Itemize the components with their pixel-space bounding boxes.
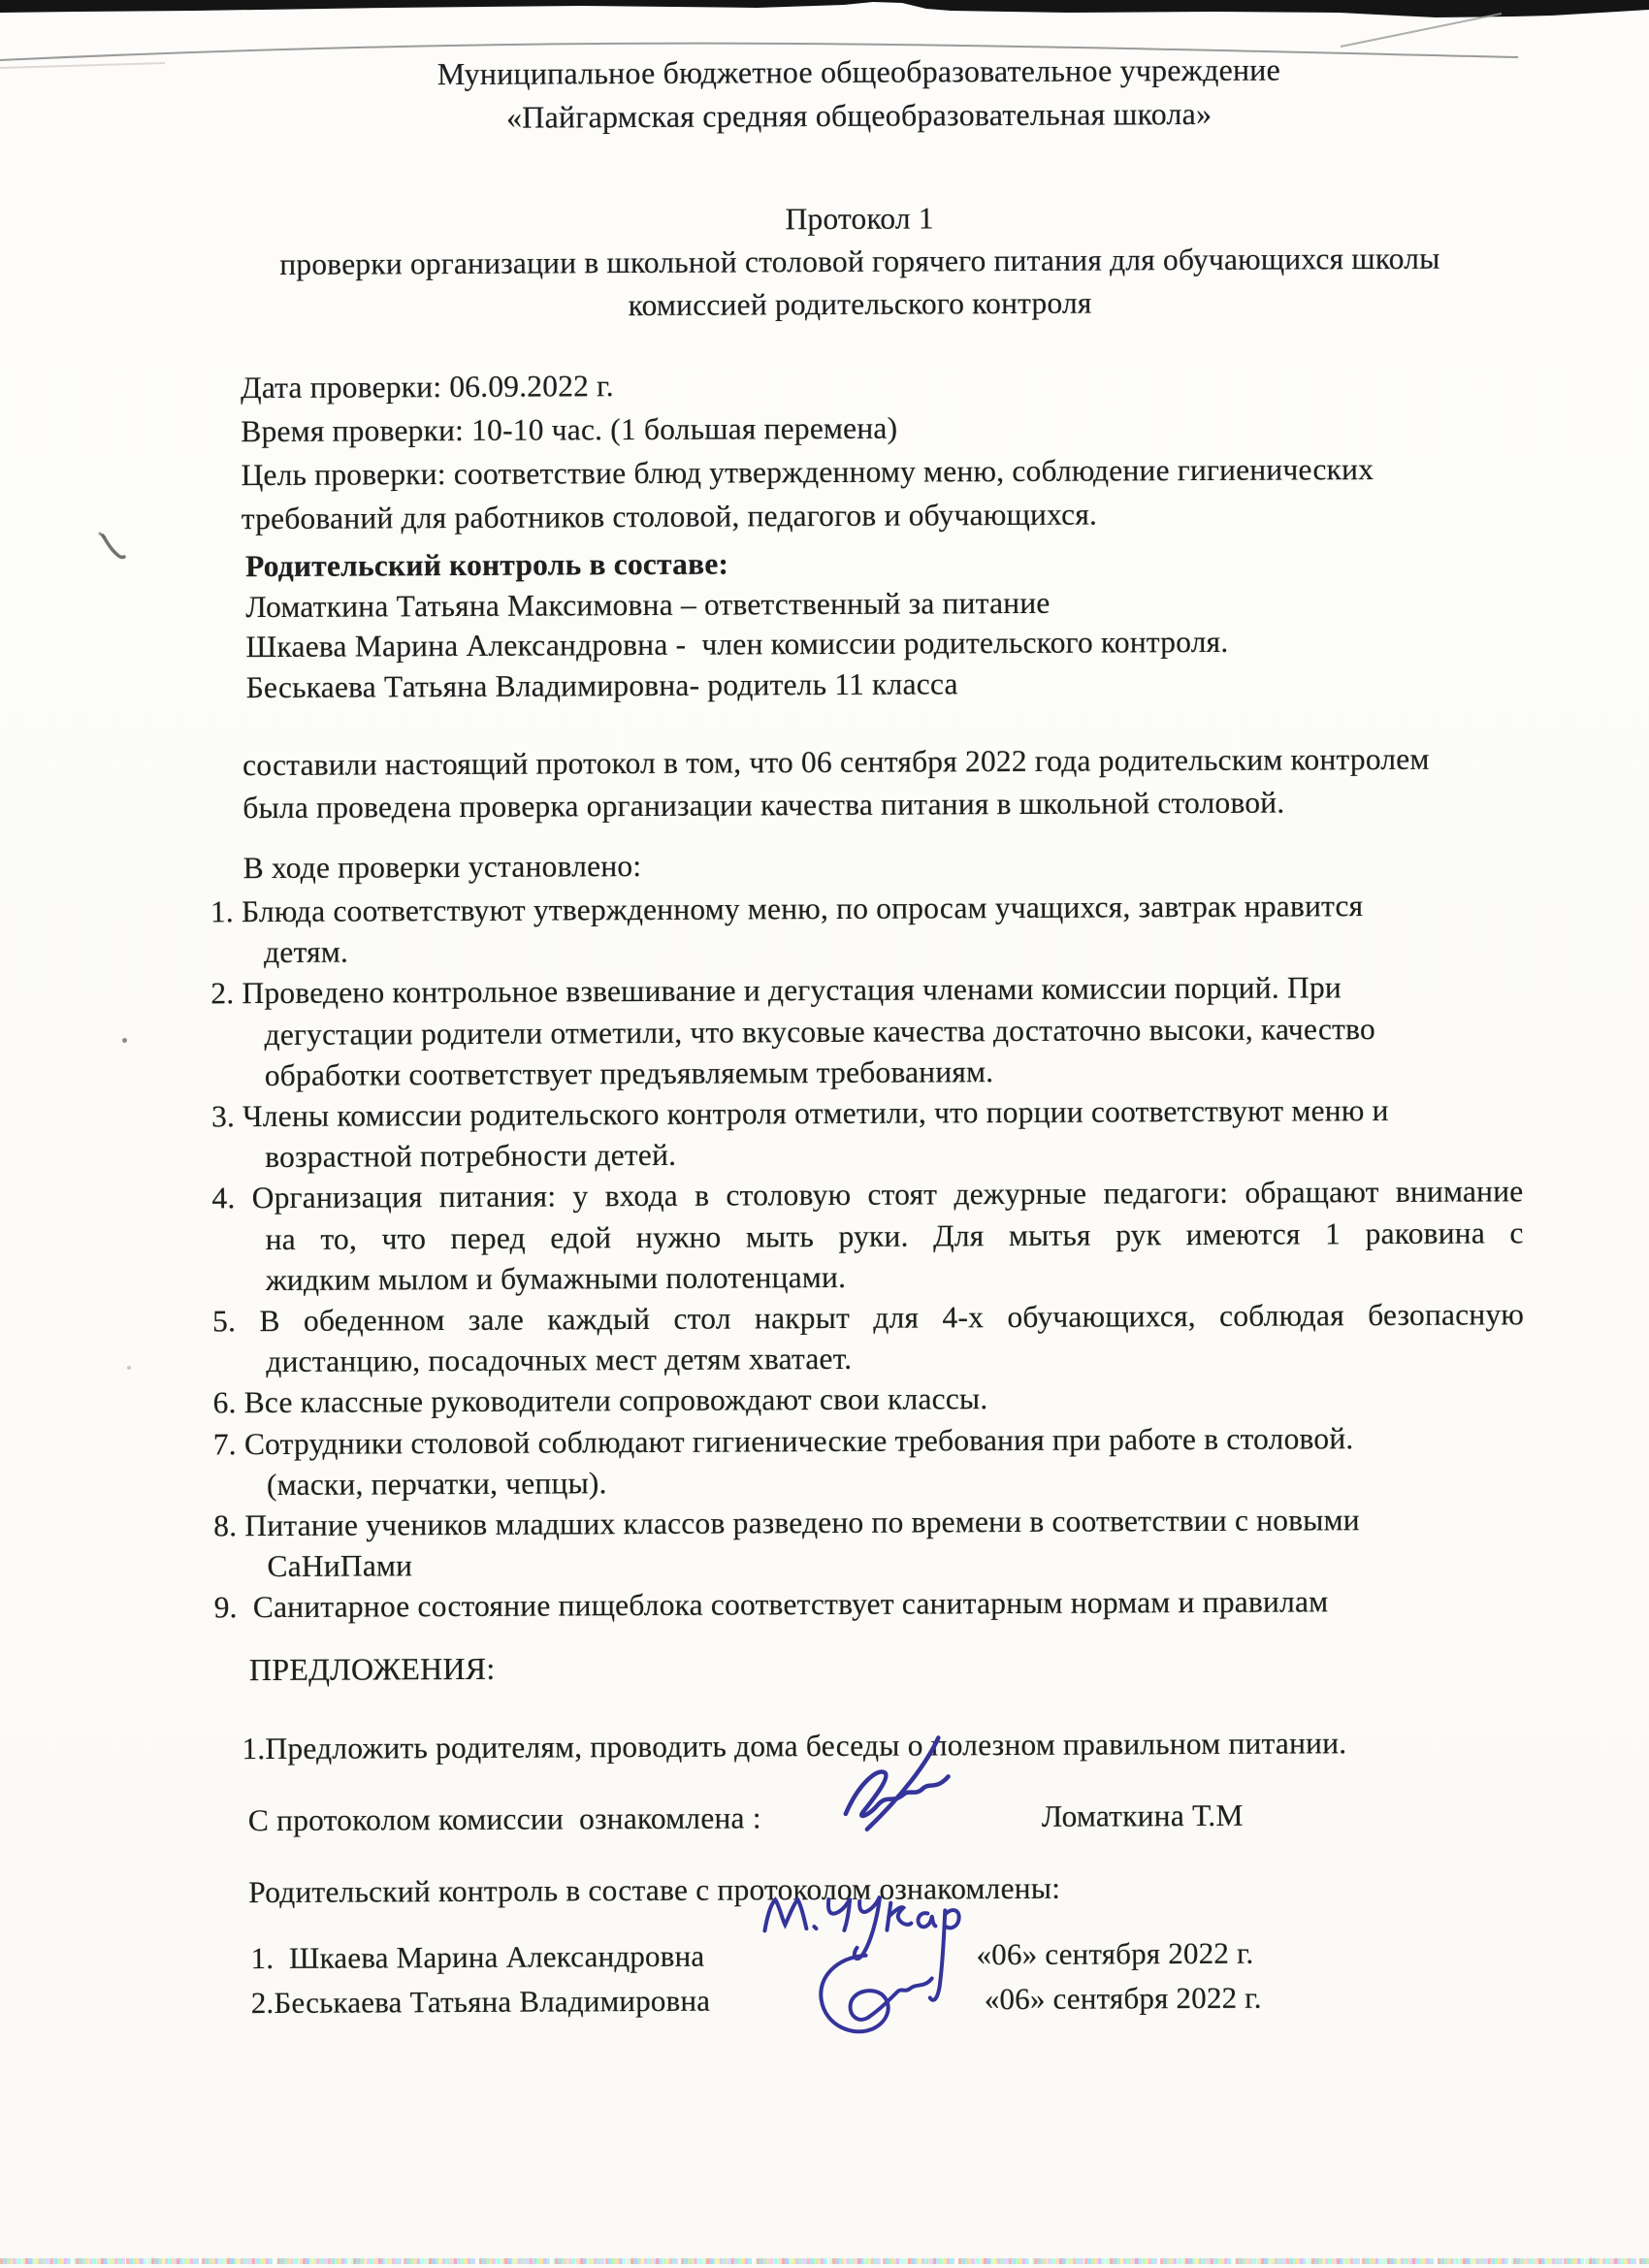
findings-list: 1. Блюда соответствуют утвержденному мен…	[210, 885, 1526, 1629]
signer-name: 1. Шкаева Марина Александровна	[250, 1939, 704, 1975]
protocol-subject-line: проверки организации в школьной столовой…	[205, 237, 1514, 286]
scanner-edge-black-bar	[0, 0, 1649, 17]
scanner-edge-artifacts	[0, 0, 1649, 87]
inspection-purpose-line: Цель проверки: соответствие блюд утвержд…	[241, 446, 1517, 497]
lomatkina-signature	[829, 1732, 976, 1844]
finding-item: 9. Санитарное состояние пищеблока соотве…	[214, 1581, 1526, 1629]
finding-line: 4. Организация питания: у входа в столов…	[211, 1172, 1523, 1219]
inspection-purpose-line: требований для работников столовой, педа…	[242, 490, 1518, 540]
finding-line: 9. Санитарное состояние пищеблока соотве…	[214, 1581, 1526, 1629]
finding-line: СаНиПами	[213, 1539, 1525, 1587]
signer-date: «06» сентября 2022 г.	[976, 1936, 1253, 1972]
scanned-protocol-document: Муниципальное бюджетное общеобразователь…	[0, 0, 1649, 2268]
finding-line: жидким мылом и бумажными полотенцами.	[212, 1253, 1524, 1301]
page-corner-crease-line	[1341, 14, 1502, 47]
school-name-line: «Пайгармская средняя общеобразовательная…	[205, 90, 1514, 141]
committee-member: Беськаева Татьяна Владимировна- родитель…	[246, 661, 1527, 707]
finding-item: 3. Члены комиссии родительского контроля…	[211, 1089, 1523, 1178]
statement-line: была проведена проверка организации каче…	[242, 780, 1525, 829]
inspection-time-line: Время проверки: 10-10 час. (1 большая пе…	[241, 403, 1517, 453]
scan-fold-hairline-faint	[0, 63, 165, 68]
finding-line: на то, что перед едой нужно мыть руки. Д…	[212, 1213, 1524, 1260]
finding-item: 5. В обеденном зале каждый стол накрыт д…	[212, 1294, 1524, 1382]
finding-item: 6. Все классные руководители сопровождаю…	[212, 1377, 1524, 1424]
finding-line: 6. Все классные руководители сопровождаю…	[212, 1377, 1524, 1424]
scan-fold-hairline	[0, 44, 1518, 60]
proposals-heading: ПРЕДЛОЖЕНИЯ:	[249, 1651, 496, 1688]
finding-line: обработки соответствует предъявляемым тр…	[211, 1049, 1523, 1096]
finding-item: 4. Организация питания: у входа в столов…	[211, 1172, 1524, 1302]
protocol-title: Протокол 1 проверки организации в школьн…	[205, 194, 1515, 329]
finding-line: дистанцию, посадочных мест детям хватает…	[212, 1335, 1524, 1382]
committee-heading: Родительский контроль в составе:	[245, 539, 1526, 586]
committee-member: Ломаткина Татьяна Максимовна – ответстве…	[245, 580, 1526, 627]
finding-line: 3. Члены комиссии родительского контроля…	[211, 1089, 1523, 1137]
finding-line: (маски, перчатки, чепцы).	[213, 1458, 1525, 1506]
inspection-date-line: Дата проверки: 06.09.2022 г.	[241, 359, 1517, 409]
finding-line: детям.	[210, 925, 1522, 973]
statement-paragraph: составили настоящий протокол в том, что …	[242, 737, 1525, 829]
finding-line: возрастной потребности детей.	[211, 1130, 1523, 1178]
beskaeva-signature	[802, 1947, 949, 2045]
finding-item: 8. Питание учеников младших классов разв…	[213, 1499, 1525, 1587]
signer-name: 2.Беськаева Татьяна Владимировна	[251, 1984, 711, 2020]
finding-item: 1. Блюда соответствуют утвержденному мен…	[210, 885, 1522, 973]
finding-line: 5. В обеденном зале каждый стол накрыт д…	[212, 1294, 1524, 1342]
findings-heading: В ходе проверки установлено:	[243, 849, 642, 886]
protocol-number-line: Протокол 1	[205, 194, 1514, 243]
finding-line: 1. Блюда соответствуют утвержденному мен…	[210, 885, 1522, 932]
finding-line: 8. Питание учеников младших классов разв…	[213, 1499, 1525, 1546]
findings-heading-line: В ходе проверки установлено:	[243, 849, 642, 886]
committee-member: Шкаева Марина Александровна - член комис…	[245, 620, 1526, 666]
acknowledgment-text: С протоколом комиссии ознакомлена :	[248, 1800, 761, 1837]
finding-line: дегустации родители отметили, что вкусов…	[210, 1008, 1522, 1055]
proposals-heading-line: ПРЕДЛОЖЕНИЯ:	[249, 1651, 496, 1688]
acknowledgment-name: Ломаткина Т.М	[1042, 1798, 1244, 1834]
finding-line: 7. Сотрудники столовой соблюдают гигиени…	[213, 1417, 1525, 1465]
scanner-color-noise-strip	[0, 2258, 1649, 2264]
finding-item: 2. Проведено контрольное взвешивание и д…	[210, 967, 1523, 1097]
protocol-commission-line: комиссией родительского контроля	[206, 279, 1515, 329]
inspection-meta: Дата проверки: 06.09.2022 г. Время прове…	[241, 359, 1518, 540]
committee-section: Родительский контроль в составе: Ломатки…	[245, 539, 1527, 707]
signer-date: «06» сентября 2022 г.	[985, 1981, 1262, 2017]
document-content: Муниципальное бюджетное общеобразователь…	[0, 0, 1649, 2268]
finding-item: 7. Сотрудники столовой соблюдают гигиени…	[213, 1417, 1525, 1506]
finding-line: 2. Проведено контрольное взвешивание и д…	[210, 967, 1522, 1015]
statement-line: составили настоящий протокол в том, что …	[242, 737, 1525, 787]
